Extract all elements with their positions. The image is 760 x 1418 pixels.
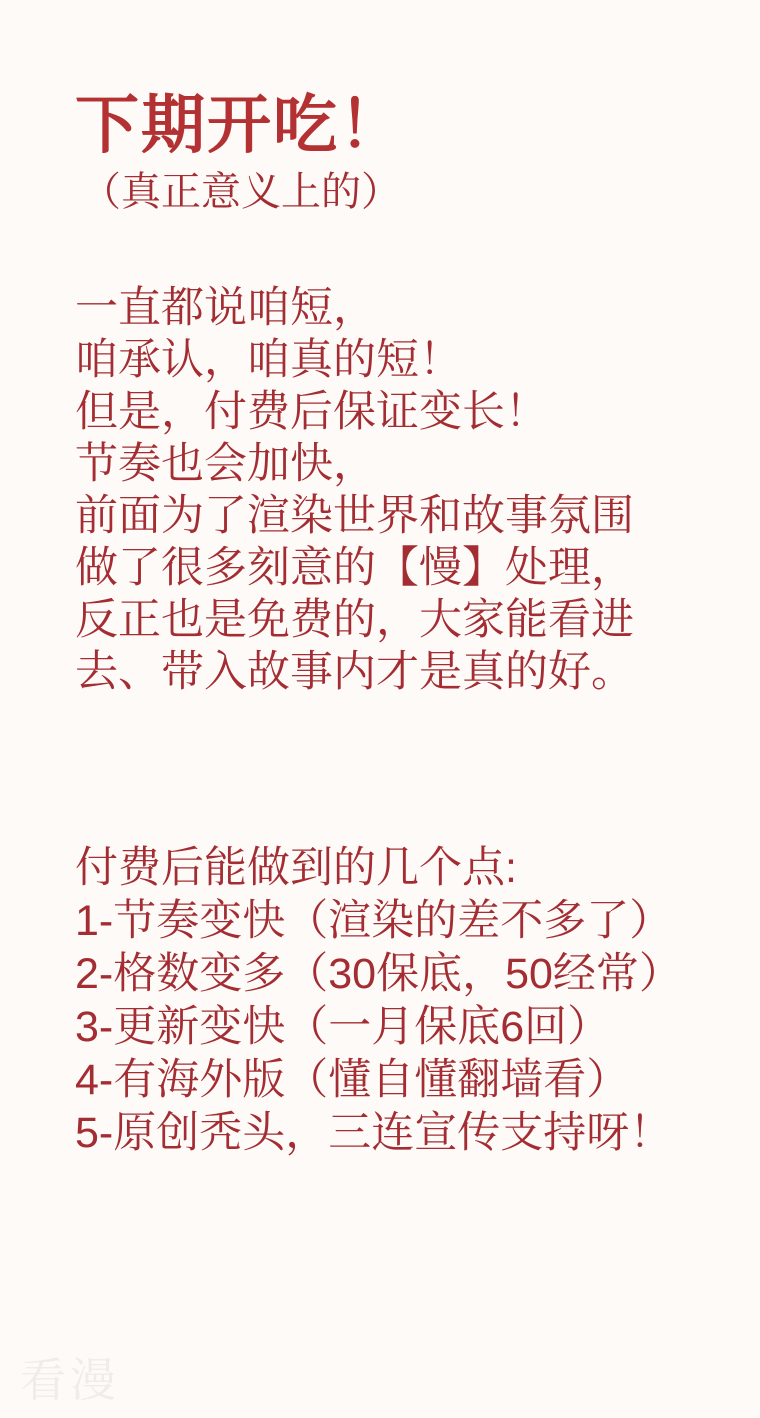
benefits-item: 2-格数变多（30保底，50经常）: [75, 948, 730, 1001]
intro-line: 反正也是免费的，大家能看进: [75, 594, 730, 646]
benefits-heading: 付费后能做到的几个点:: [75, 842, 730, 895]
announcement-page: 下期开吃！ （真正意义上的） 一直都说咱短， 咱承认，咱真的短！ 但是，付费后保…: [0, 0, 760, 1160]
benefits-item: 5-原创秃头，三连宣传支持呀！: [75, 1107, 730, 1160]
benefits-item: 4-有海外版（懂自懂翻墙看）: [75, 1054, 730, 1107]
benefits-list: 付费后能做到的几个点: 1-节奏变快（渲染的差不多了） 2-格数变多（30保底，…: [75, 842, 730, 1160]
intro-line: 做了很多刻意的【慢】处理，: [75, 542, 730, 594]
intro-line: 去、带入故事内才是真的好。: [75, 646, 730, 698]
intro-line: 节奏也会加快，: [75, 438, 730, 490]
intro-line: 但是，付费后保证变长！: [75, 386, 730, 438]
benefits-item: 1-节奏变快（渲染的差不多了）: [75, 895, 730, 948]
page-subtitle: （真正意义上的）: [75, 168, 730, 216]
benefits-item: 3-更新变快（一月保底6回）: [75, 1001, 730, 1054]
intro-line: 前面为了渲染世界和故事氛围: [75, 490, 730, 542]
intro-paragraph: 一直都说咱短， 咱承认，咱真的短！ 但是，付费后保证变长！ 节奏也会加快， 前面…: [75, 282, 730, 698]
kanman-watermark: 看漫: [20, 1344, 120, 1410]
page-title: 下期开吃！: [75, 88, 730, 162]
intro-line: 咱承认，咱真的短！: [75, 334, 730, 386]
intro-line: 一直都说咱短，: [75, 282, 730, 334]
